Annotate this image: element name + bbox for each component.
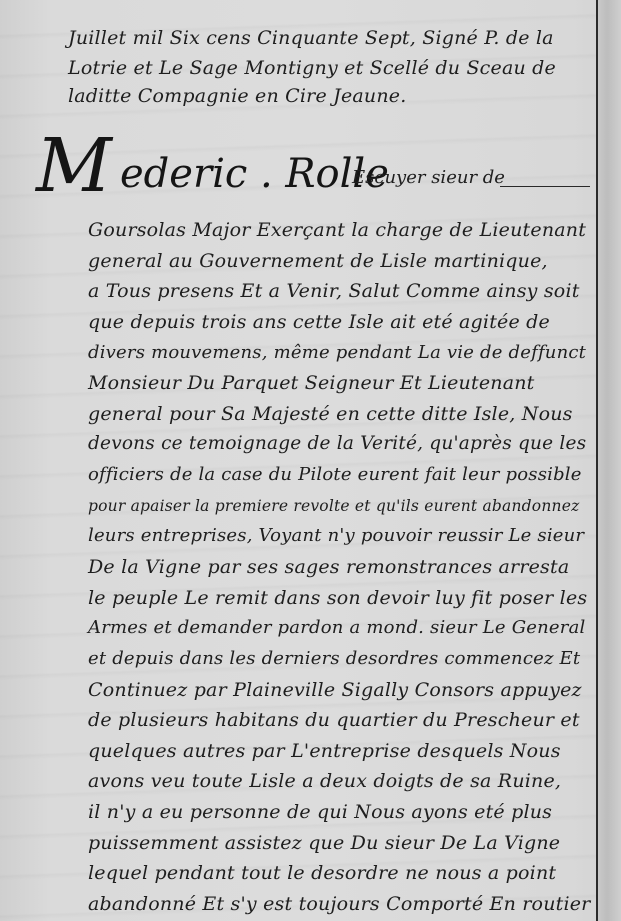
body-line-2: general au Gouvernement de Lisle martini… [88, 249, 548, 273]
body-line-4: que depuis trois ans cette Isle ait eté … [88, 310, 550, 334]
body-line-18: quelques autres par L'entreprise desquel… [88, 739, 561, 763]
heading-name: ederic . Rolle [120, 150, 389, 198]
opening-line-1: Juillet mil Six cens Cinquante Sept, Sig… [68, 26, 554, 50]
body-line-14: Armes et demander pardon a mond. sieur L… [88, 616, 585, 640]
body-line-3: a Tous presens Et a Venir, Salut Comme a… [88, 279, 580, 303]
body-line-9: officiers de la case du Pilote eurent fa… [88, 463, 582, 487]
body-line-20: il n'y a eu personne de qui Nous ayons e… [88, 800, 552, 824]
body-line-17: de plusieurs habitans du quartier du Pre… [88, 708, 580, 732]
opening-line-2: Lotrie et Le Sage Montigny et Scellé du … [68, 56, 556, 80]
body-line-22: lequel pendant tout le desordre ne nous … [88, 861, 556, 885]
body-line-15: et depuis dans les derniers desordres co… [88, 647, 580, 671]
heading-title-tail: Escuyer sieur de [352, 166, 505, 190]
body-line-12: De la Vigne par ses sages remonstrances … [88, 555, 569, 579]
page-binding-edge [598, 0, 621, 921]
margin-rule [596, 0, 598, 921]
body-line-13: le peuple Le remit dans son devoir luy f… [88, 586, 587, 610]
line-end-flourish [500, 186, 590, 187]
body-line-7: general pour Sa Majesté en cette ditte I… [88, 402, 573, 426]
manuscript-page: Juillet mil Six cens Cinquante Sept, Sig… [0, 0, 621, 921]
body-line-19: avons veu toute Lisle a deux doigts de s… [88, 769, 561, 793]
body-line-8: devons ce temoignage de la Verité, qu'ap… [88, 432, 586, 456]
body-line-16: Continuez par Plaineville Sigally Consor… [88, 678, 582, 702]
body-line-23: abandonné Et s'y est toujours Comporté E… [88, 892, 590, 916]
decorative-initial: M [36, 126, 112, 206]
body-line-6: Monsieur Du Parquet Seigneur Et Lieutena… [88, 371, 535, 395]
body-line-5: divers mouvemens, même pendant La vie de… [88, 341, 586, 365]
body-line-11: leurs entreprises, Voyant n'y pouvoir re… [88, 524, 584, 548]
opening-line-3: laditte Compagnie en Cire Jeaune. [68, 84, 407, 108]
body-line-10: pour apaiser la premiere revolte et qu'i… [88, 494, 579, 518]
body-line-21: puissemment assistez que Du sieur De La … [88, 831, 560, 855]
body-line-1: Goursolas Major Exerçant la charge de Li… [88, 218, 586, 242]
